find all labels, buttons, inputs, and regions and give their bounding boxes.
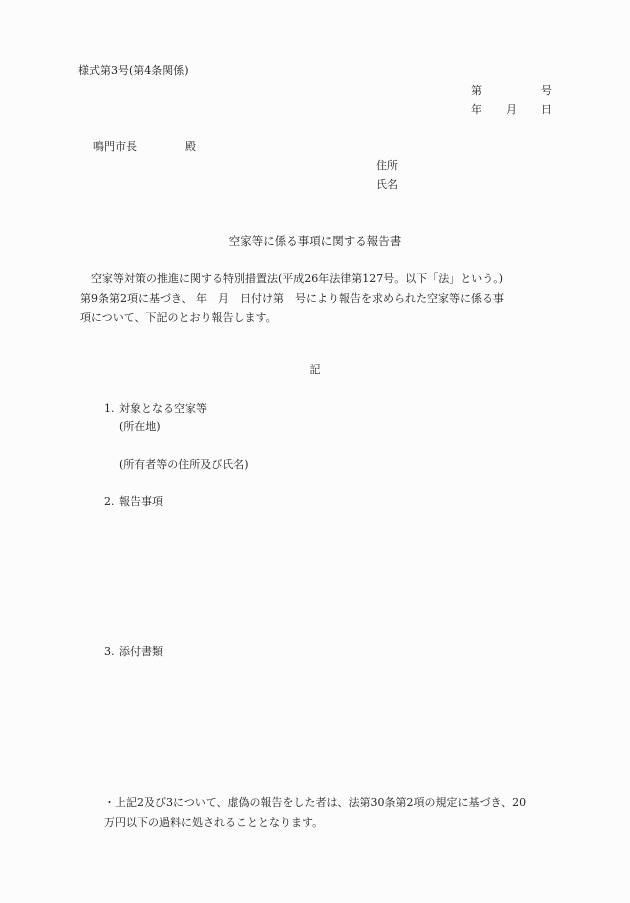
item-1-owner-label: (所有者等の住所及び氏名) xyxy=(119,457,249,473)
body-line-3: 項について、下記のとおり報告します。 xyxy=(80,308,550,328)
sender-address-label: 住所 xyxy=(376,158,398,174)
addressee-honorific: 殿 xyxy=(185,139,196,155)
form-number: 様式第3号(第4条関係) xyxy=(78,63,189,79)
reference-dai: 第 xyxy=(471,83,482,99)
item-3-number: 3. xyxy=(104,644,115,660)
ki-heading: 記 xyxy=(0,362,630,378)
penalty-note-line-1: ・上記2及び3について、虚偽の報告をした者は、法第30条第2項の規定に基づき、2… xyxy=(104,793,554,813)
document-title: 空家等に係る事項に関する報告書 xyxy=(0,233,630,249)
body-line-2: 第9条第2項に基づき、 年 月 日付け第 号により報告を求められた空家等に係る事 xyxy=(80,289,550,309)
item-1-number: 1. xyxy=(104,401,115,417)
penalty-note: ・上記2及び3について、虚偽の報告をした者は、法第30条第2項の規定に基づき、2… xyxy=(104,793,554,832)
reference-go: 号 xyxy=(541,83,552,99)
item-3-label: 添付書類 xyxy=(119,644,163,660)
reference-day: 日 xyxy=(541,102,552,118)
reference-year: 年 xyxy=(471,102,482,118)
reference-month: 月 xyxy=(506,102,517,118)
body-paragraph: 空家等対策の推進に関する特別措置法(平成26年法律第127号。以下「法」という。… xyxy=(80,269,550,328)
item-2-label: 報告事項 xyxy=(119,494,163,510)
item-1-location-label: (所在地) xyxy=(119,419,161,435)
item-2-number: 2. xyxy=(104,494,115,510)
item-1-label: 対象となる空家等 xyxy=(119,401,207,417)
body-line-1: 空家等対策の推進に関する特別措置法(平成26年法律第127号。以下「法」という。… xyxy=(80,269,550,289)
sender-name-label: 氏名 xyxy=(376,177,398,193)
addressee: 鳴門市長 殿 xyxy=(93,139,137,155)
addressee-name: 鳴門市長 xyxy=(93,140,137,153)
penalty-note-line-2: 万円以下の過料に処されることとなります。 xyxy=(104,813,554,833)
